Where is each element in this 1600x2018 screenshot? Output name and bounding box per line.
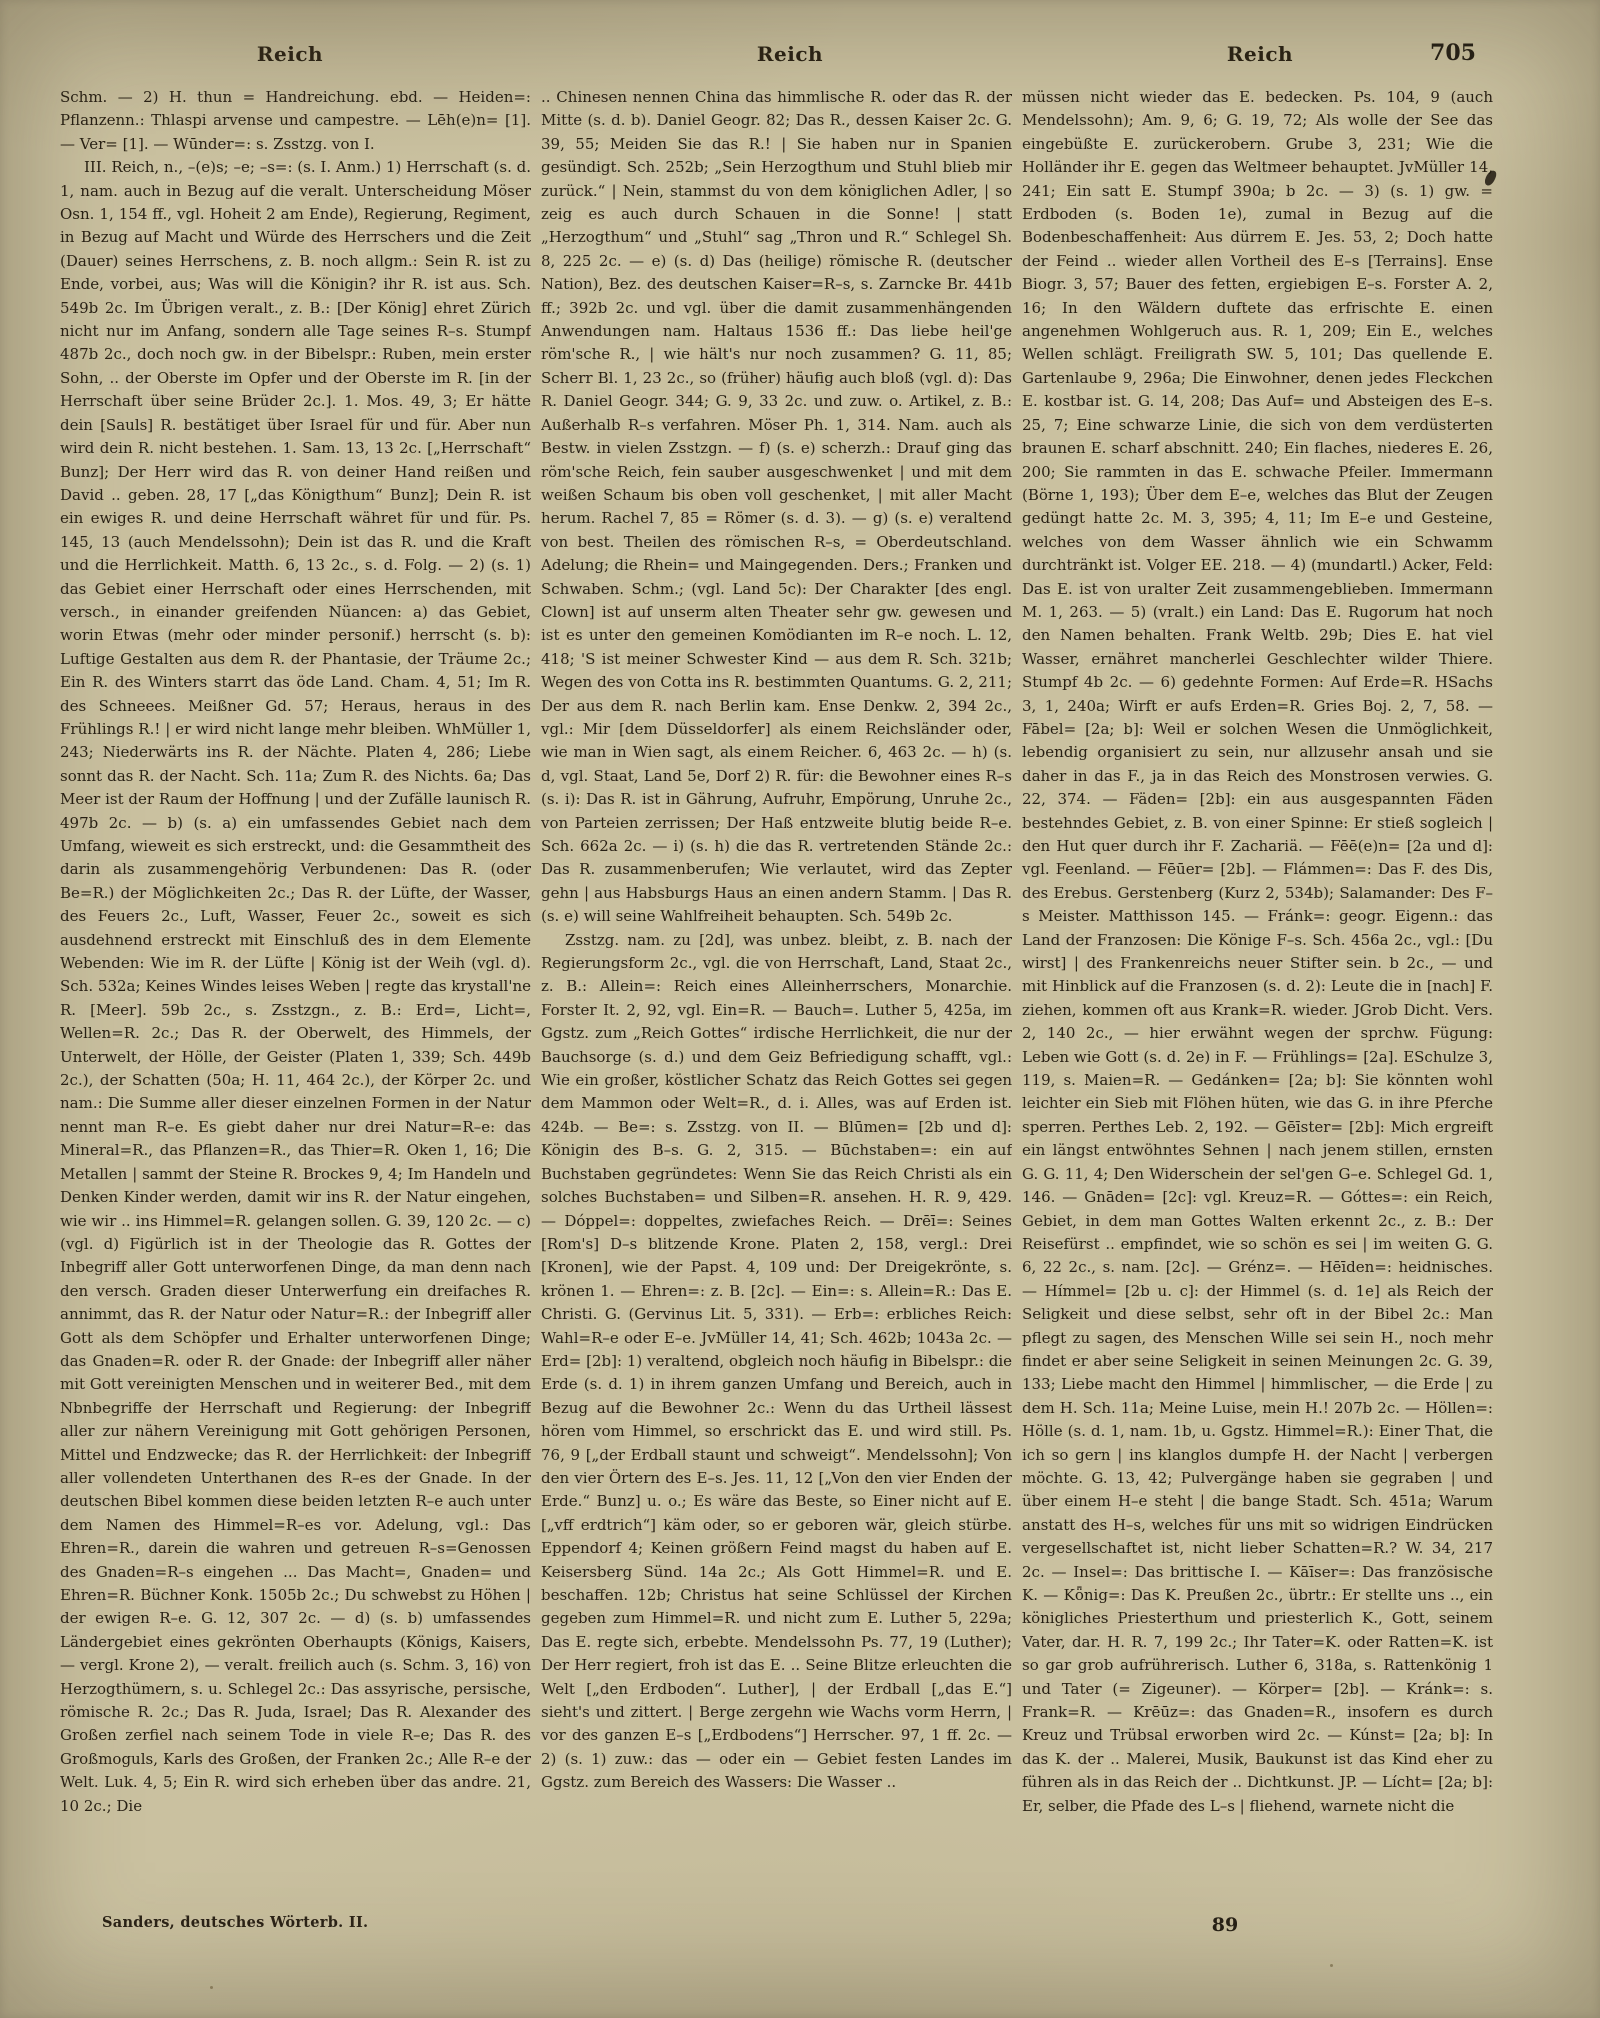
printer-signature: Sanders, deutsches Wörterb. II. — [102, 1914, 368, 1931]
paper-speck — [210, 1986, 213, 1989]
text-column-3: müssen nicht wieder das E. bedecken. Ps.… — [1022, 86, 1493, 1912]
running-title-column-2: Reich — [680, 42, 900, 66]
paragraph: .. Chinesen nennen China das himmlische … — [541, 86, 1012, 929]
text-column-2: .. Chinesen nennen China das himmlische … — [541, 86, 1012, 1912]
text-area: Schm. — 2) H. thun = Handreichung. ebd. … — [60, 86, 1494, 1912]
paragraph: Schm. — 2) H. thun = Handreichung. ebd. … — [60, 86, 531, 156]
paragraph: III. Reich, n., –(e)s; –e; –s=: (s. I. A… — [60, 156, 531, 1818]
text-column-1: Schm. — 2) H. thun = Handreichung. ebd. … — [60, 86, 531, 1912]
running-title-column-3: Reich — [1150, 42, 1370, 66]
paper-speck — [1330, 1964, 1333, 1967]
sheet-number: 89 — [1180, 1914, 1270, 1936]
page-number: 705 — [1408, 40, 1498, 66]
scanned-dictionary-page: Reich Reich Reich 705 Schm. — 2) H. thun… — [0, 0, 1600, 2018]
paragraph: müssen nicht wieder das E. bedecken. Ps.… — [1022, 86, 1493, 1818]
paragraph: Zsstzg. nam. zu [2d], was unbez. bleibt,… — [541, 929, 1012, 1795]
running-title-column-1: Reich — [180, 42, 400, 66]
